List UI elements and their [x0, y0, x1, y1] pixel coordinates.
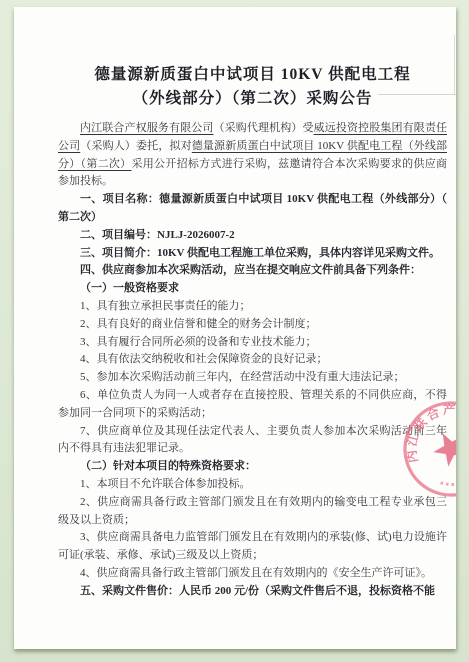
requirement-item: 2、具有良好的商业信誉和健全的财务会计制度；: [58, 316, 447, 334]
section-project-number: 二、项目编号：NJLJ-2026007-2: [58, 227, 447, 245]
section-supplier-terms: 四、供应商参加本次采购活动，应当在提交响应文件前具备下列条件：: [58, 262, 447, 280]
page-title: 德量源新质蛋白中试项目 10KV 供配电工程 （外线部分）（第二次）采购公告: [58, 63, 447, 110]
subsection-special-req: （二）针对本项目的特殊资格要求：: [58, 458, 447, 476]
requirement-item: 4、具有依法交纳税收和社会保障资金的良好记录；: [58, 351, 447, 369]
requirement-item: 7、供应商单位及其现任法定代表人、主要负责人参加本次采购活动前三年内不得具有违法…: [58, 423, 447, 459]
intro-text: （采购人）委托，拟对: [80, 140, 191, 152]
intro-paragraph: 内江联合产权服务有限公司（采购代理机构）受威远投资控股集团有限责任公司（采购人）…: [58, 120, 447, 191]
requirement-item: 1、本项目不允许联合体参加投标。: [58, 476, 447, 494]
section-document-price: 五、采购文件售价：人民币 200 元/份（采购文件售后不退，投标资格不能: [58, 583, 447, 601]
section-project-name: 一、项目名称：德量源新质蛋白中试项目 10KV 供配电工程（外线部分）（第二次）: [58, 191, 447, 227]
subsection-general-req: （一）一般资格要求: [58, 280, 447, 298]
intro-text: （采购代理机构）受: [214, 122, 314, 134]
announcement-body: 德量源新质蛋白中试项目 10KV 供配电工程 （外线部分）（第二次）采购公告 内…: [58, 63, 447, 601]
title-line-2: （外线部分）（第二次）采购公告: [133, 90, 373, 107]
section-project-brief: 三、项目简介：10KV 供配电工程施工单位采购，具体内容详见采购文件。: [58, 245, 447, 263]
agency-name: 内江联合产权服务有限公司: [80, 122, 214, 134]
requirement-item: 3、供应商需具备电力监管部门颁发且在有效期内的承装(修、试)电力设施许可证(承装…: [58, 529, 447, 565]
requirement-item: 4、供应商需具备行政主管部门颁发且在有效期内的《安全生产许可证》。: [58, 565, 447, 583]
requirement-item: 6、单位负责人为同一人或者存在直接控股、管理关系的不同供应商，不得参加同一合同项…: [58, 387, 447, 423]
scan-artifact-line: [454, 35, 455, 95]
requirement-item: 3、具有履行合同所必须的设备和专业技术能力；: [58, 334, 447, 352]
title-line-1: 德量源新质蛋白中试项目 10KV 供配电工程: [94, 66, 410, 83]
requirement-item: 5、参加本次采购活动前三年内，在经营活动中没有重大违法记录；: [58, 369, 447, 387]
requirement-item: 2、供应商需具备行政主管部门颁发且在有效期内的输变电工程专业承包三级及以上资质；: [58, 494, 447, 530]
requirement-item: 1、具有独立承担民事责任的能力；: [58, 298, 447, 316]
document-page: 德量源新质蛋白中试项目 10KV 供配电工程 （外线部分）（第二次）采购公告 内…: [14, 7, 456, 649]
